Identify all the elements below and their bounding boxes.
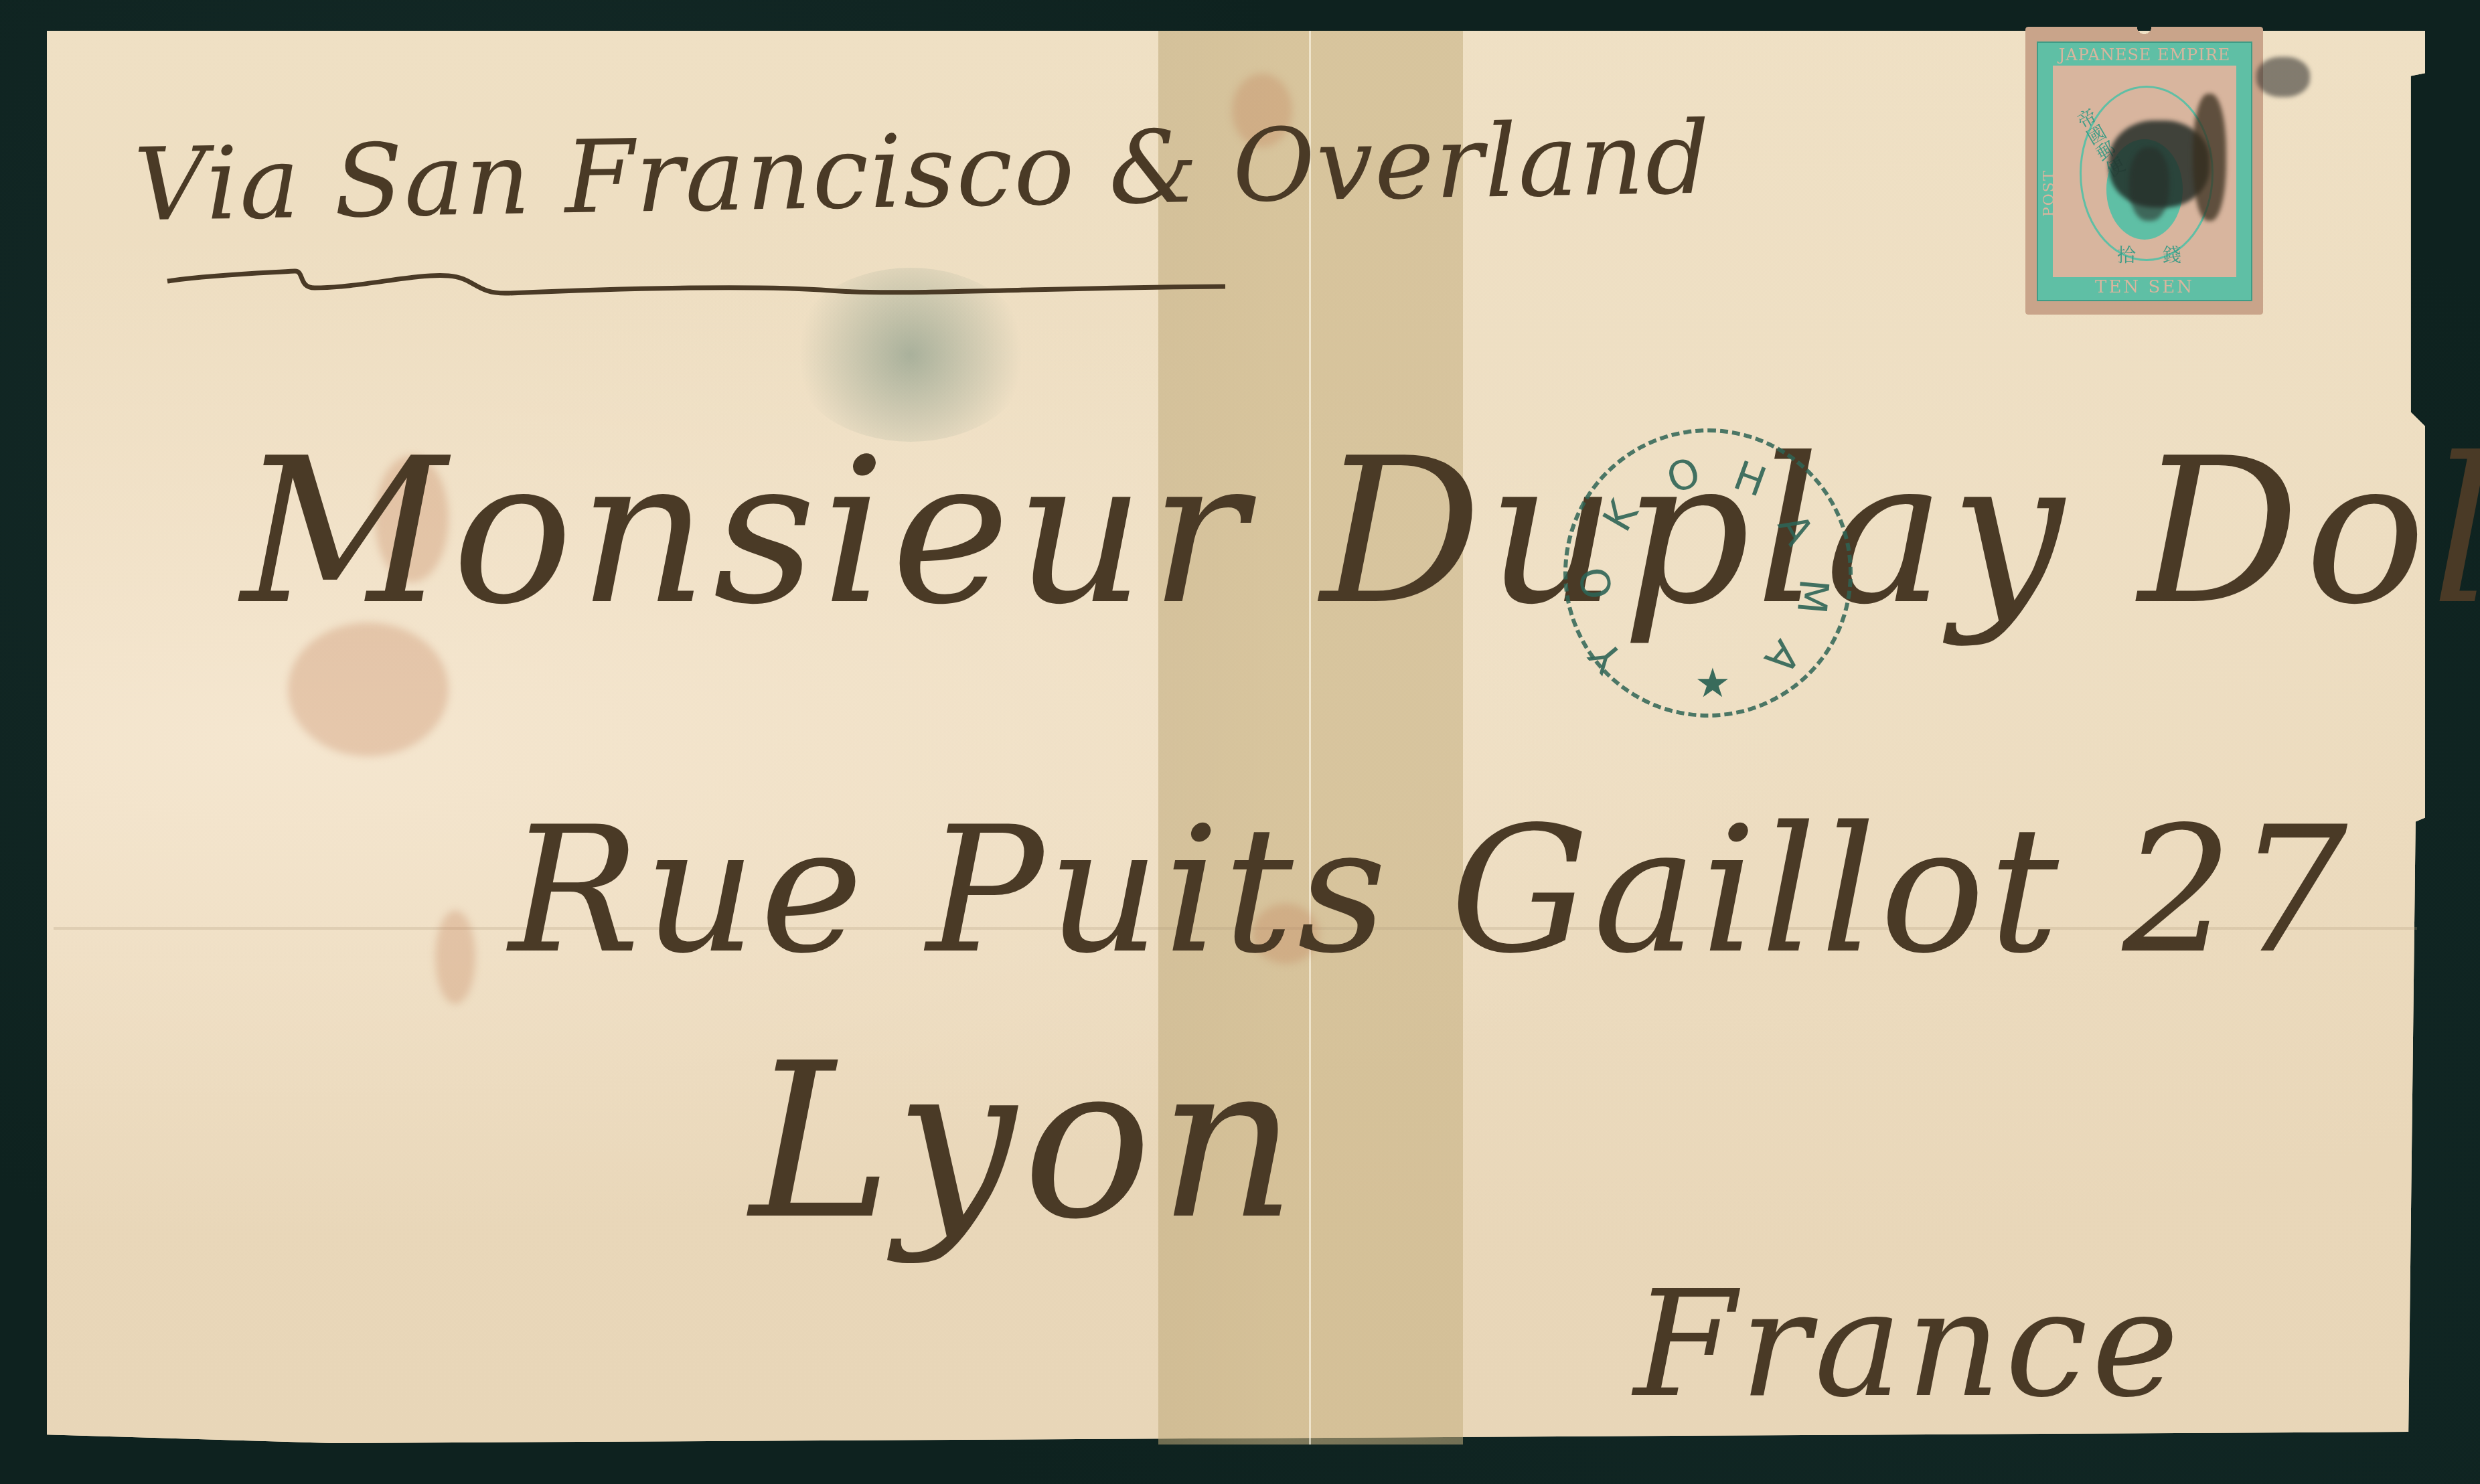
postmark-letter: O bbox=[1660, 448, 1706, 503]
stamp-top-text: JAPANESE EMPIRE bbox=[2038, 46, 2251, 64]
postmark-letter: H bbox=[1727, 452, 1772, 506]
postmark-letter: M bbox=[1788, 577, 1837, 616]
yokohama-postmark: Y O K O H A M A ★ bbox=[1563, 428, 1853, 718]
city: Lyon bbox=[750, 1017, 1303, 1266]
addressee-name: Monsieur Duplay Dolay bbox=[241, 415, 2480, 649]
stain bbox=[435, 910, 475, 1004]
postmark-letter: A bbox=[1768, 506, 1823, 554]
stamp-bottom-text: TEN SEN bbox=[2038, 277, 2251, 297]
star-icon: ★ bbox=[1695, 660, 1731, 707]
tape-crease bbox=[1309, 31, 1311, 1445]
stamp-kanji-value: 拾錢 bbox=[2117, 241, 2208, 268]
cancellation-mark bbox=[2193, 94, 2226, 221]
street-address: Rue Puits Gaillot 27 bbox=[509, 790, 2352, 992]
underline-flourish bbox=[161, 261, 1232, 301]
cancellation-mark bbox=[2256, 57, 2310, 97]
postmark-letter: K bbox=[1594, 493, 1648, 539]
postmark-letter: A bbox=[1756, 631, 1809, 682]
postmark-letter: O bbox=[1571, 564, 1622, 603]
country: France bbox=[1634, 1258, 2183, 1430]
cancellation-mark bbox=[2129, 147, 2169, 221]
